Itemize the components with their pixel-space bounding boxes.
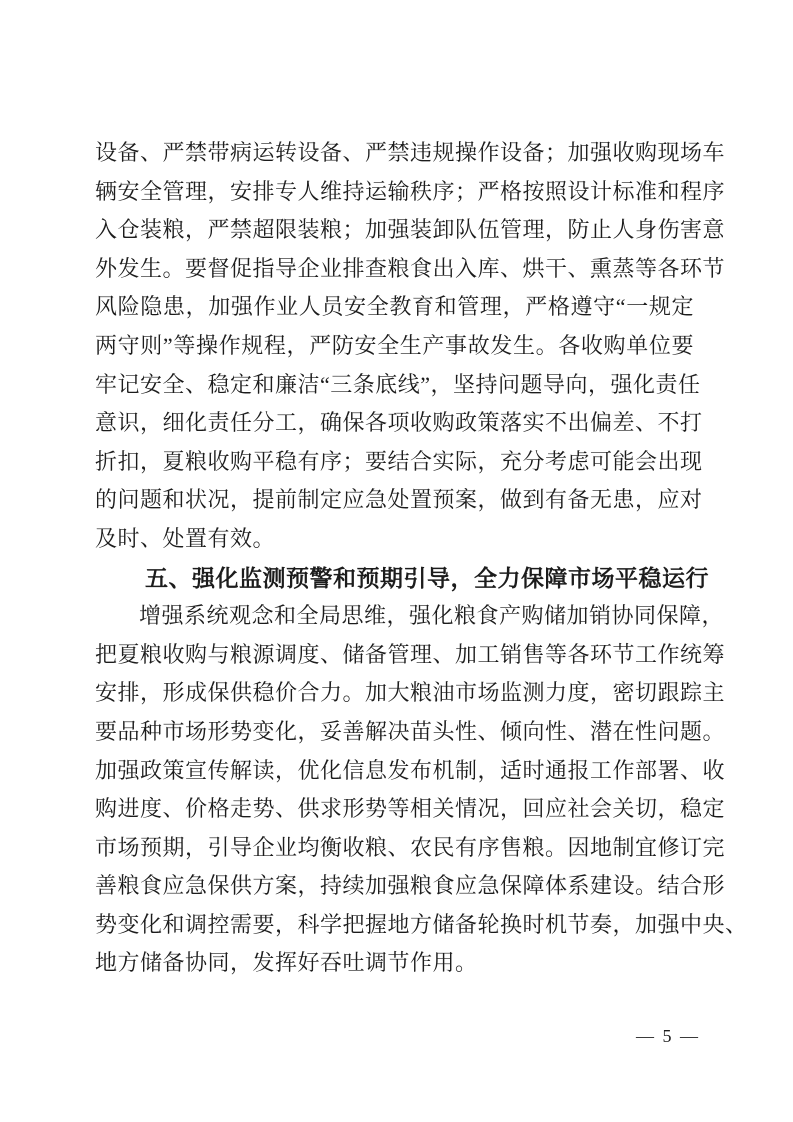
body-line: 加强政策宣传解读，优化信息发布机制，适时通报工作部署、收: [95, 752, 694, 791]
page-number: — 5 —: [636, 1024, 700, 1048]
document-body: 设备、严禁带病运转设备、严禁违规操作设备；加强收购现场车 辆安全管理，安排专人维…: [95, 134, 694, 983]
body-line: 及时、处置有效。: [95, 520, 694, 559]
body-line: 外发生。要督促指导企业排查粮食出入库、烘干、熏蒸等各环节: [95, 250, 694, 289]
body-line: 安排，形成保供稳价合力。加大粮油市场监测力度，密切跟踪主: [95, 674, 694, 713]
body-line: 增强系统观念和全局思维，强化粮食产购储加销协同保障，: [95, 597, 694, 636]
body-line: 意识，细化责任分工，确保各项收购政策落实不出偏差、不打: [95, 404, 694, 443]
body-line: 风险隐患，加强作业人员安全教育和管理，严格遵守“一规定: [95, 288, 694, 327]
document-page: 设备、严禁带病运转设备、严禁违规操作设备；加强收购现场车 辆安全管理，安排专人维…: [0, 0, 793, 1122]
body-line: 要品种市场形势变化，妥善解决苗头性、倾向性、潜在性问题。: [95, 713, 694, 752]
body-line: 折扣，夏粮收购平稳有序；要结合实际，充分考虑可能会出现: [95, 443, 694, 482]
body-line: 设备、严禁带病运转设备、严禁违规操作设备；加强收购现场车: [95, 134, 694, 173]
section-heading: 五、强化监测预警和预期引导，全力保障市场平稳运行: [95, 559, 694, 598]
body-line: 势变化和调控需要，科学把握地方储备轮换时机节奏，加强中央、: [95, 906, 694, 945]
body-line: 两守则”等操作规程，严防安全生产事故发生。各收购单位要: [95, 327, 694, 366]
body-line: 的问题和状况，提前制定应急处置预案，做到有备无患，应对: [95, 481, 694, 520]
body-line: 辆安全管理，安排专人维持运输秩序；严格按照设计标准和程序: [95, 173, 694, 212]
body-line: 入仓装粮，严禁超限装粮；加强装卸队伍管理，防止人身伤害意: [95, 211, 694, 250]
body-line: 善粮食应急保供方案，持续加强粮食应急保障体系建设。结合形: [95, 867, 694, 906]
body-line: 市场预期，引导企业均衡收粮、农民有序售粮。因地制宜修订完: [95, 829, 694, 868]
body-line: 牢记安全、稳定和廉洁“三条底线”，坚持问题导向，强化责任: [95, 366, 694, 405]
body-line: 购进度、价格走势、供求形势等相关情况，回应社会关切，稳定: [95, 790, 694, 829]
body-line: 把夏粮收购与粮源调度、储备管理、加工销售等各环节工作统筹: [95, 636, 694, 675]
body-line: 地方储备协同，发挥好吞吐调节作用。: [95, 944, 694, 983]
